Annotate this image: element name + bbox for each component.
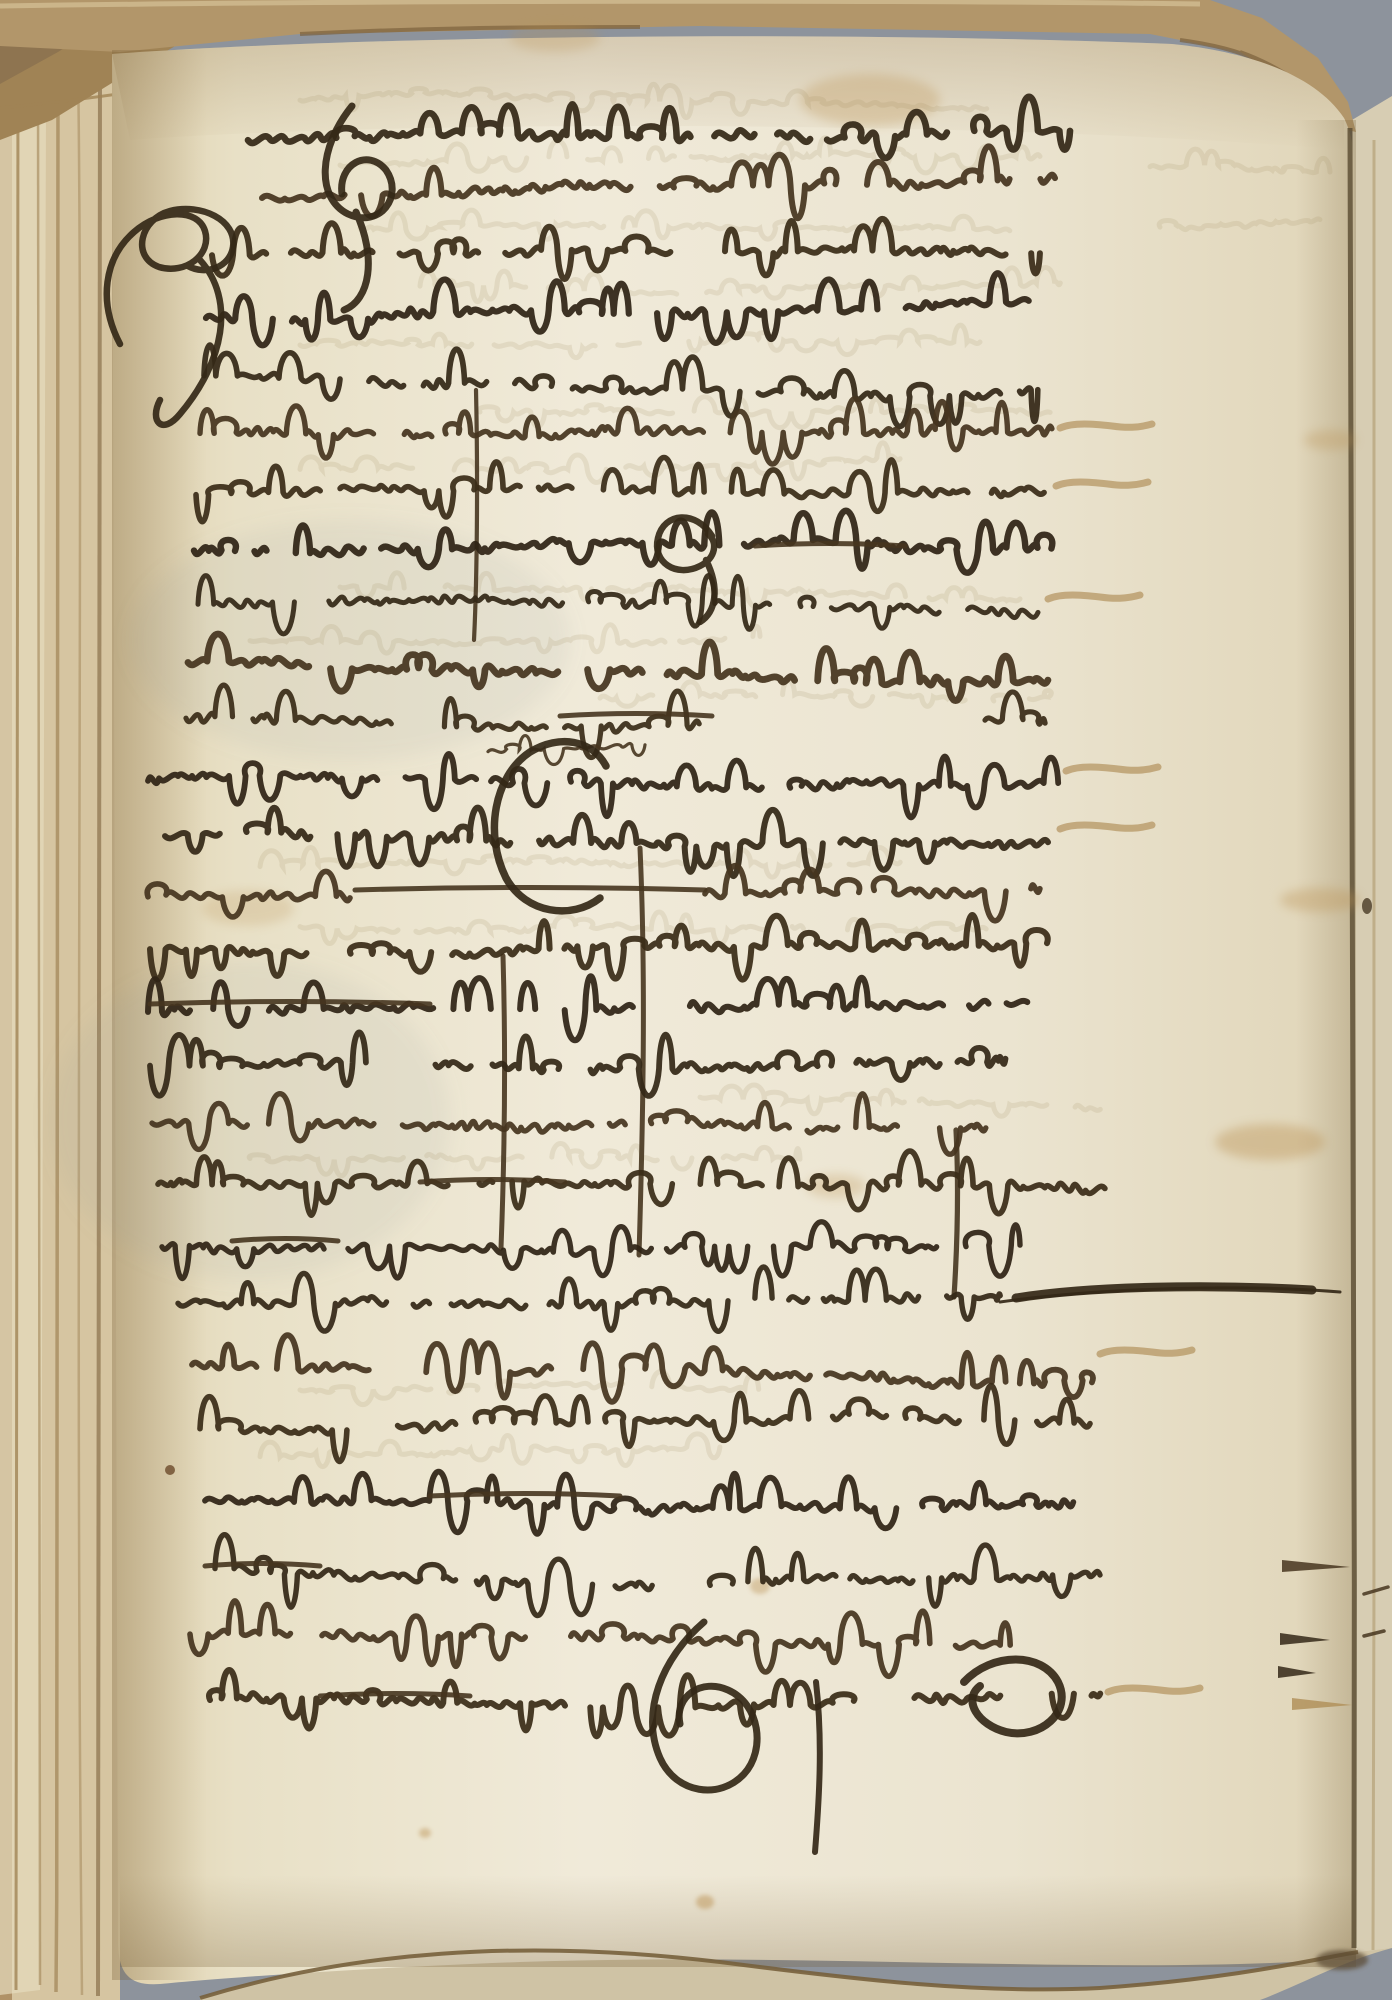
page-bottom-shade (120, 1875, 1356, 1967)
strikethrough-stroke (150, 1002, 430, 1005)
underpage-streak (1373, 140, 1375, 1950)
strikethrough-stroke (420, 1180, 565, 1183)
strikethrough-stroke (355, 888, 705, 891)
stain (510, 24, 600, 52)
stain (696, 1895, 714, 1909)
bottom-blot (1316, 1950, 1368, 1970)
faded-line-filler (1100, 1350, 1192, 1354)
faded-line-filler (1108, 1688, 1200, 1692)
strikethrough-stroke (560, 714, 712, 717)
ink-dot (165, 1465, 175, 1475)
manuscript-photo: Photograph of a bound early-modern manus… (0, 0, 1392, 2000)
manuscript-scene (0, 0, 1392, 2000)
stack-line-1 (16, 60, 18, 1990)
strikethrough-stroke (755, 544, 905, 547)
faded-line-filler (1048, 595, 1140, 599)
stain (1304, 430, 1356, 450)
strikethrough-stroke (430, 1494, 620, 1497)
edge-notch (1362, 898, 1372, 914)
stain (419, 1828, 431, 1838)
stain (1215, 1124, 1325, 1160)
strikethrough-stroke (232, 1239, 338, 1242)
strikethrough-stroke (205, 1564, 320, 1567)
page-right-shade (1296, 120, 1356, 1960)
stack-line-3 (56, 70, 58, 1992)
faded-line-filler (1060, 825, 1152, 829)
faded-line-filler (1066, 767, 1158, 771)
stain (1280, 888, 1360, 912)
faded-line-filler (1060, 424, 1152, 428)
faded-line-filler (1056, 482, 1148, 486)
strikethrough-stroke (320, 1694, 470, 1697)
